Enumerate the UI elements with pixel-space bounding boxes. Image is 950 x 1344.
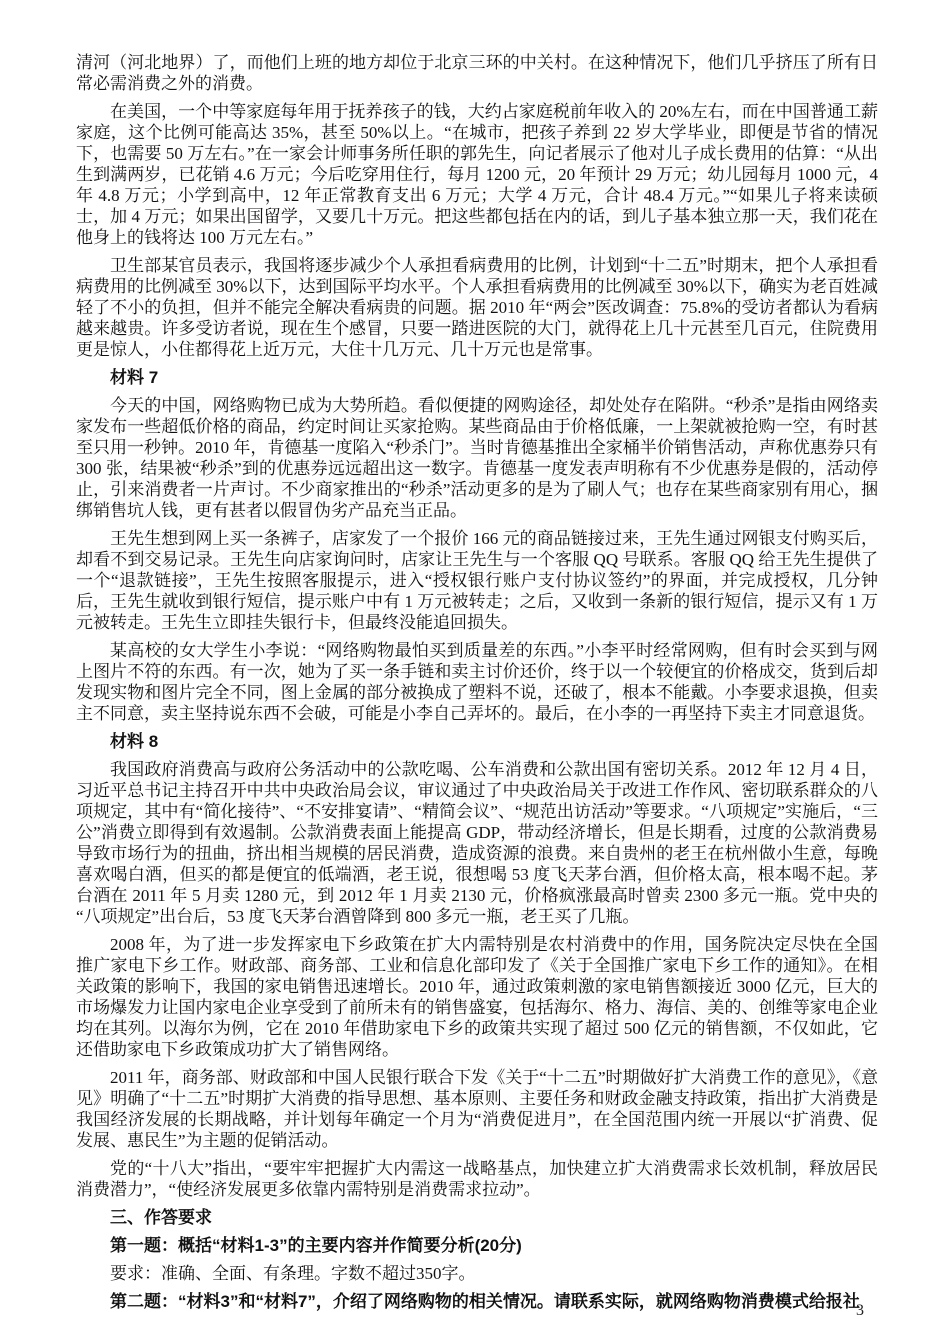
paragraph: 王先生想到网上买一条裤子，店家发了一个报价 166 元的商品链接过来，王先生通过… — [76, 528, 878, 633]
document-content: 清河（河北地界）了，而他们上班的地方却位于北京三环的中关村。在这种情况下，他们几… — [0, 0, 950, 1312]
material-8-heading: 材料 8 — [76, 731, 878, 752]
answer-requirements-heading: 三、作答要求 — [76, 1207, 878, 1228]
paragraph: 清河（河北地界）了，而他们上班的地方却位于北京三环的中关村。在这种情况下，他们几… — [76, 52, 878, 94]
question-1-title: 第一题：概括“材料1-3”的主要内容并作简要分析(20分) — [76, 1235, 878, 1256]
paragraph: 卫生部某官员表示，我国将逐步减少个人承担看病费用的比例，计划到“十二五”时期末，… — [76, 255, 878, 360]
paragraph: 2011 年，商务部、财政部和中国人民银行联合下发《关于“十二五”时期做好扩大消… — [76, 1067, 878, 1151]
paragraph: 我国政府消费高与政府公务活动中的公款吃喝、公车消费和公款出国有密切关系。2012… — [76, 759, 878, 927]
paragraph: 在美国，一个中等家庭每年用于抚养孩子的钱，大约占家庭税前年收入的 20%左右，而… — [76, 101, 878, 248]
paragraph: 党的“十八大”指出，“要牢牢把握扩大内需这一战略基点，加快建立扩大消费需求长效机… — [76, 1158, 878, 1200]
paragraph: 某高校的女大学生小李说：“网络购物最怕买到质量差的东西。”小李平时经常网购，但有… — [76, 640, 878, 724]
paragraph: 今天的中国，网络购物已成为大势所趋。看似便捷的网购途径，却处处存在陷阱。“秒杀”… — [76, 395, 878, 521]
material-7-heading: 材料 7 — [76, 367, 878, 388]
question-1-requirement: 要求：准确、全面、有条理。字数不超过350字。 — [76, 1263, 878, 1284]
paragraph: 2008 年，为了进一步发挥家电下乡政策在扩大内需特别是农村消费中的作用，国务院… — [76, 934, 878, 1060]
document-page: 清河（河北地界）了，而他们上班的地方却位于北京三环的中关村。在这种情况下，他们几… — [0, 0, 950, 1344]
question-2-title: 第二题：“材料3”和“材料7”，介绍了网络购物的相关情况。请联系实际，就网络购物… — [76, 1291, 878, 1312]
page-number: 3 — [856, 1302, 864, 1320]
